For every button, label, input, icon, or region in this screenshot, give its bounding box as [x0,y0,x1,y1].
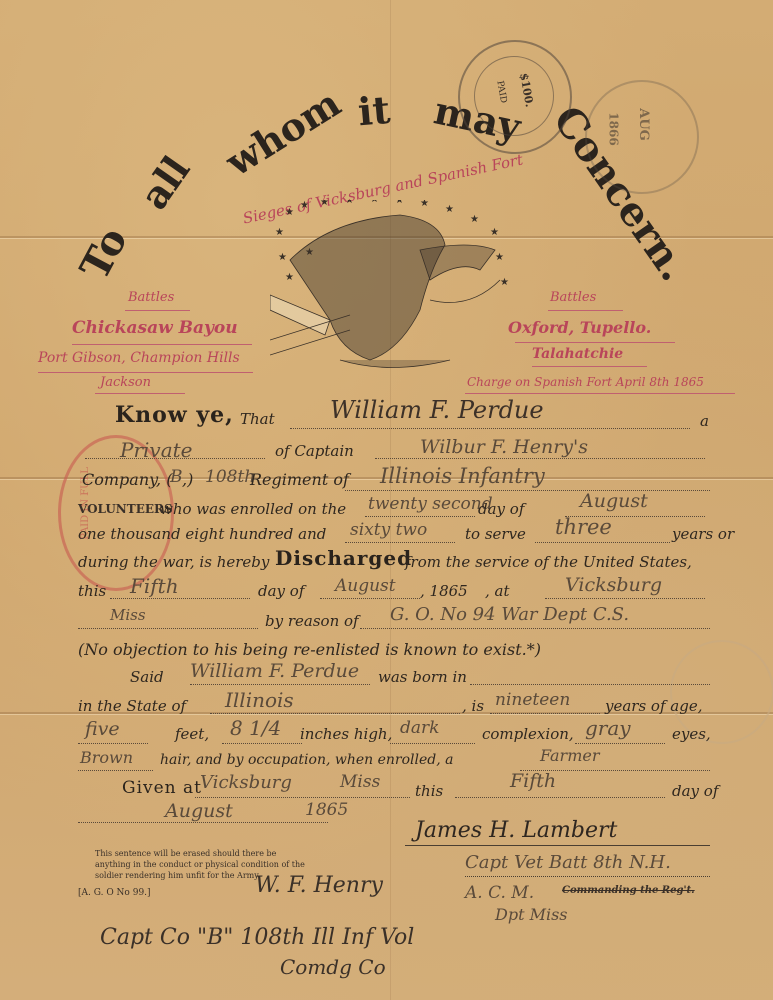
regiment-name: Illinois Infantry [380,464,545,488]
battle-item: Jackson [100,375,151,390]
occupation: Farmer [540,746,600,765]
given-month: August [165,800,233,822]
svg-text:★: ★ [300,200,309,211]
discharged-label: Discharged [275,546,412,570]
eagle-illustration-icon: ★★★★ ★★★★ ★★★★ ★★★★ [270,200,510,380]
re-enlist-note: (No objection to his being re-enlisted i… [78,640,541,659]
captain-title: Capt Co "B" 108th Ill Inf Vol [100,925,414,950]
given-year: 1865 [305,800,348,820]
captain-signature: W. F. Henry [255,873,383,898]
hair: Brown [80,748,133,767]
given-day: Fifth [510,770,556,792]
svg-text:★: ★ [370,200,379,205]
svg-text:★: ★ [305,247,314,258]
battle-item: Charge on Spanish Fort April 8th 1865 [467,375,704,389]
given-at-label: Given at [122,778,202,798]
given-state: Miss [340,772,380,792]
serve-years: three [555,515,612,539]
enrolled-year: sixty two [350,520,427,540]
heading-word: all [131,148,199,218]
discharge-day: Fifth [130,574,179,598]
complexion: dark [400,718,439,738]
battle-item: Oxford, Tupello. [508,318,651,337]
svg-text:★: ★ [445,204,454,215]
commanding-label: Commanding the Reg't. [562,885,695,896]
discharge-reason: G. O. No 94 War Dept C.S. [390,604,629,625]
svg-text:★: ★ [285,207,294,218]
eyes: gray [585,716,631,740]
enrolled-month: August [580,490,648,512]
battles-label: Battles [128,290,174,305]
commander-extra: A. C. M. [465,883,534,903]
discharge-state: Miss [110,606,146,624]
svg-text:★: ★ [470,214,479,225]
commander-extra: Dpt Miss [495,905,568,924]
soldier-name: William F. Perdue [330,396,544,424]
svg-text:★: ★ [275,227,284,238]
battle-item: Talahatchie [532,346,623,362]
captain-title: Comdg Co [280,955,386,979]
height-feet: five [85,718,120,740]
chicago-postmark: AUG 1866 [585,80,699,194]
svg-text:★: ★ [320,200,329,208]
commander-signature: James H. Lambert [415,818,617,843]
given-place: Vicksburg [200,772,292,793]
heading-word: whom [218,80,349,185]
heading-word: To [71,220,137,288]
regiment-number: 108th [205,467,255,487]
volunteers-label: VOLUNTEERS [78,502,173,516]
captain-name: Wilbur F. Henry's [420,436,588,458]
company-letter: B [170,467,183,487]
enrolled-day: twenty second [368,494,493,514]
form-number: [A. G. O No 99.] [78,888,151,898]
svg-text:★: ★ [345,200,354,206]
battle-item: Chickasaw Bayou [72,318,238,338]
age: nineteen [495,690,570,710]
heading-word: it [356,87,392,135]
commander-title: Capt Vet Batt 8th N.H. [465,852,671,873]
svg-text:★: ★ [395,200,404,206]
battles-label: Battles [550,290,596,305]
discharge-month: August [335,576,396,596]
svg-text:★: ★ [500,277,509,288]
birth-state: Illinois [225,688,294,712]
discharge-place: Vicksburg [565,574,662,596]
svg-text:★: ★ [278,252,287,263]
svg-text:★: ★ [420,200,429,209]
svg-text:★: ★ [285,272,294,283]
svg-text:★: ★ [495,252,504,263]
bounty-stamp: $100. PAID [458,40,572,154]
said-name: William F. Perdue [190,660,359,682]
height-inches: 8 1/4 [230,716,281,740]
svg-text:★: ★ [490,227,499,238]
battle-item: Port Gibson, Champion Hills [38,350,240,366]
know-ye: Know ye, [115,402,234,428]
